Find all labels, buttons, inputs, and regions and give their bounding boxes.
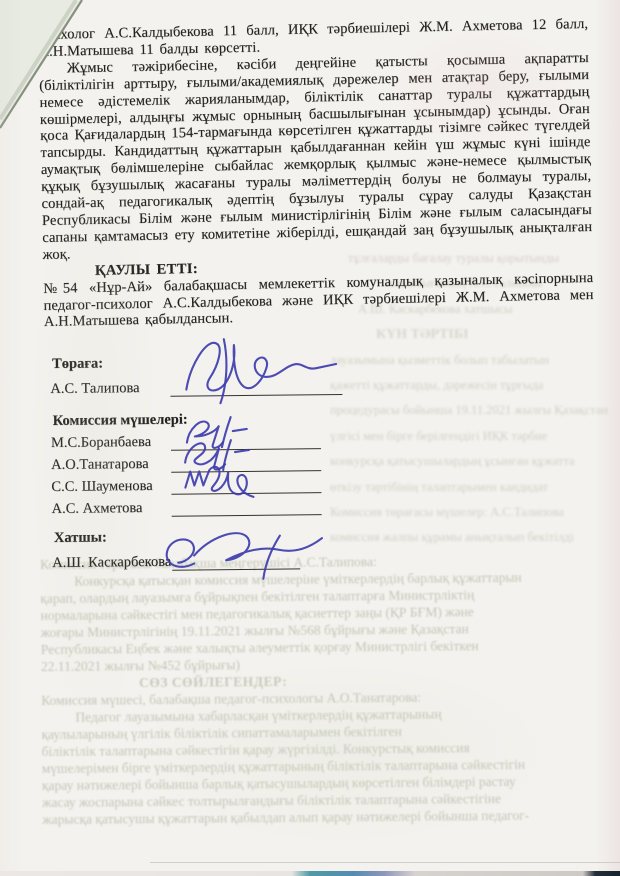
ghost-text-line: жарысқа қатысушы құжаттарын қабылдап алы… bbox=[42, 806, 600, 828]
chairman-name: А.С. Талипова bbox=[50, 380, 170, 398]
scanned-document-page: Комиссия төрағасы балабақша меңгерушісі … bbox=[0, 0, 620, 876]
signature-line bbox=[171, 471, 321, 495]
member-row-shaumenova: С.С. Шауменова bbox=[51, 471, 391, 496]
paragraph-experience-details: Жұмыс тәжірибесіне, кәсіби деңгейіне қат… bbox=[39, 50, 593, 264]
signature-talipova-icon bbox=[180, 334, 351, 406]
signature-line bbox=[170, 370, 342, 397]
secretary-name: А.Ш. Каскарбекова bbox=[52, 554, 172, 572]
signature-line-empty bbox=[171, 493, 321, 517]
page-corner-fold bbox=[0, 0, 88, 139]
chairman-row: А.С. Талипова bbox=[50, 370, 390, 398]
document-content: психолог А.С.Калдыбекова 11 балл, ИҚК тә… bbox=[38, 16, 594, 331]
signature-line bbox=[172, 544, 300, 570]
secretary-row: А.Ш. Каскарбекова bbox=[52, 544, 392, 572]
ghost-showthrough-main: Комиссия төрағасы балабақша меңгерушісі … bbox=[40, 551, 600, 828]
signature-section: Төраға: А.С. Талипова Комиссия мүшелері:… bbox=[50, 352, 392, 573]
member-name: С.С. Шауменова bbox=[51, 478, 171, 496]
scan-bottom-edge bbox=[0, 871, 620, 876]
scan-fold-line bbox=[150, 862, 620, 863]
member-name: А.С. Ахметова bbox=[52, 500, 172, 518]
member-name: А.О.Танатарова bbox=[51, 456, 171, 474]
member-name: М.С.Боранбаева bbox=[51, 434, 171, 452]
member-row-akhmetova: А.С. Ахметова bbox=[51, 493, 391, 518]
ghost-text-line: КҮН ТӘРТІБІ bbox=[330, 322, 618, 347]
signature-kaskarbekova-icon bbox=[158, 526, 329, 584]
